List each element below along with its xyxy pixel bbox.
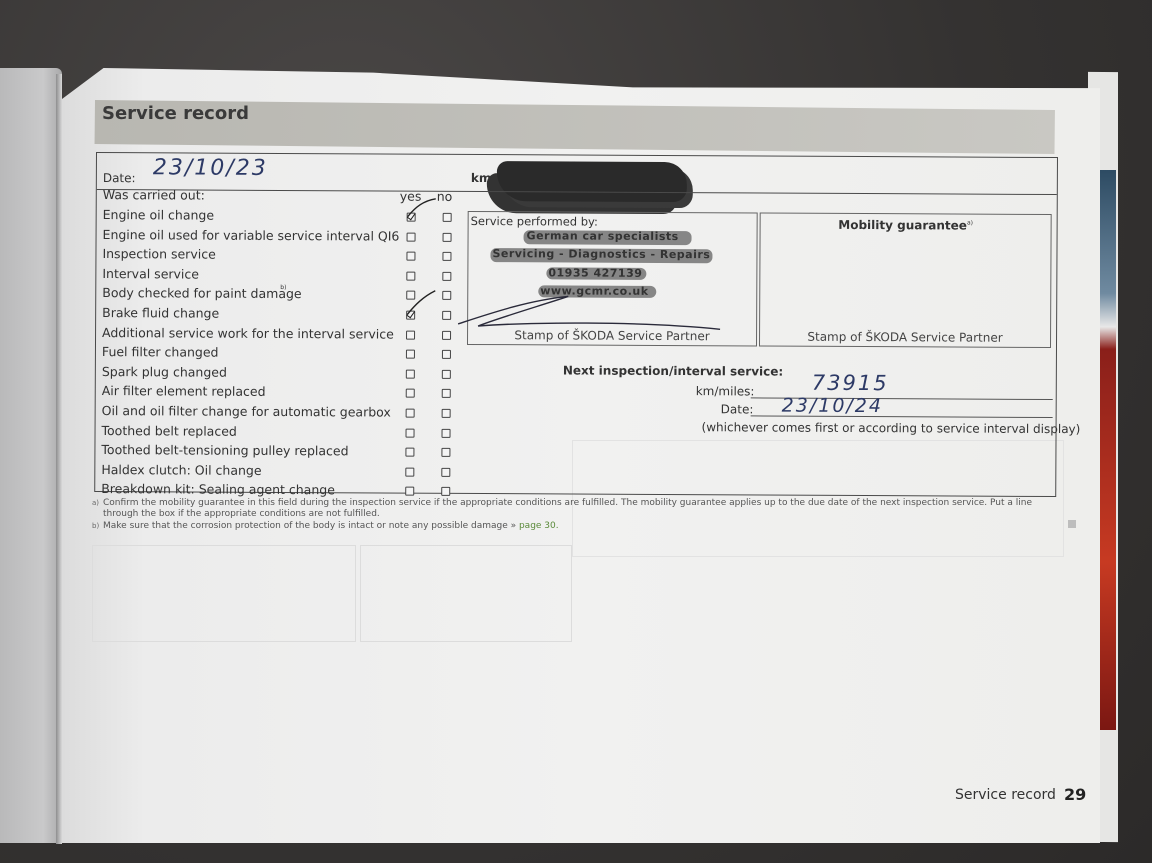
service-item-label: Fuel filter changed [102,344,219,360]
mobility-guarantee-box: Mobility guaranteea) Stamp of ŠKODA Serv… [759,212,1052,348]
service-item-label: Breakdown kit: Sealing agent change [101,481,335,497]
service-item-label: Additional service work for the interval… [102,325,394,342]
no-checkbox[interactable] [442,409,451,418]
no-checkbox[interactable] [441,448,450,457]
cover-edge [1100,170,1116,730]
service-stamp-box: Service performed by: German car special… [467,211,758,347]
yes-checkbox[interactable] [406,350,415,359]
page-marker [1068,520,1076,528]
stamp-line-3: 01935 427139 [548,266,642,279]
pen-check-strokes [401,197,462,337]
page-number: 29 [1064,785,1086,804]
service-item-row: Toothed belt replaced [101,421,471,442]
no-checkbox[interactable] [441,487,450,496]
yes-checkbox[interactable] [406,409,415,418]
yes-checkbox[interactable] [406,389,415,398]
no-checkbox[interactable] [442,428,451,437]
next-date-value[interactable]: 23/10/24 [782,395,883,418]
footnote-b: Make sure that the corrosion protection … [103,520,559,532]
show-through-box [360,545,572,642]
service-item-label: Toothed belt replaced [102,423,237,439]
service-item-label: Engine oil used for variable service int… [103,227,400,244]
carried-out-label: Was carried out: [103,187,205,203]
service-item-label: Interval service [102,266,199,282]
mobility-title-text: Mobility guarantee [838,218,967,233]
next-service-heading: Next inspection/interval service: [563,363,783,378]
date-label: Date: [103,171,136,185]
service-item-label: Inspection service [102,246,215,262]
service-item-row: Haldex clutch: Oil change [101,460,471,481]
page-title: Service record [102,103,249,124]
footnote-a-line2: through the box if the appropriate condi… [103,508,380,520]
service-item-row: Air filter element replaced [102,381,472,402]
footnote-b-mark: b) [92,520,99,532]
no-checkbox[interactable] [441,468,450,477]
service-performed-label: Service performed by: [471,214,598,229]
service-item-label: Brake fluid change [102,305,219,321]
left-page [0,68,62,843]
footnote-a-mark: a) [92,497,99,509]
next-km-value[interactable]: 73915 [812,371,889,395]
service-stamp-caption: Stamp of ŠKODA Service Partner [468,328,756,344]
show-through-box [92,545,356,642]
yes-checkbox[interactable] [406,428,415,437]
signature [458,292,728,333]
mobility-stamp-caption: Stamp of ŠKODA Service Partner [760,329,1050,345]
service-item-label: Oil and oil filter change for automatic … [102,403,391,420]
no-checkbox[interactable] [442,370,451,379]
date-underline [751,415,1053,418]
service-item-row: Spark plug changed [102,362,472,383]
service-item-label: Air filter element replaced [102,383,266,399]
yes-checkbox[interactable] [405,448,414,457]
next-service-note: (whichever comes first or according to s… [702,420,1081,436]
redacted-mileage [497,161,687,202]
yes-checkbox[interactable] [406,369,415,378]
yes-checkbox[interactable] [405,487,414,496]
service-item-row: Oil and oil filter change for automatic … [102,401,472,422]
stamp-line-1: German car specialists [527,229,679,243]
service-item-label: Toothed belt-tensioning pulley replaced [101,442,348,458]
yes-checkbox[interactable] [405,467,414,476]
service-item-label: Body checked for paint damage [102,285,301,301]
footer-section: Service record [955,787,1056,803]
stamp-line-2: Servicing - Diagnostics - Repairs [492,247,710,261]
service-item-label: Spark plug changed [102,364,227,380]
footnote-ref-a: a) [967,220,973,227]
footnote-b-text: Make sure that the corrosion protection … [103,521,519,531]
date-value[interactable]: 23/10/23 [153,155,268,181]
service-item-label: Haldex clutch: Oil change [101,462,261,478]
service-item-row: Toothed belt-tensioning pulley replaced [101,440,471,461]
mobility-guarantee-title: Mobility guaranteea) [761,217,1051,233]
no-checkbox[interactable] [442,350,451,359]
service-record-form: Date: 23/10/23 km/miles: Was carried out… [94,152,1058,497]
footnote-ref-b: b) [280,284,286,291]
booklet-spine [56,74,62,844]
next-date-label: Date: [721,402,754,416]
service-item-row: Fuel filter changed [102,342,472,363]
service-item-label: Engine oil change [103,207,214,223]
page-30-link[interactable]: page 30. [519,521,559,531]
next-km-label: km/miles: [696,384,755,398]
no-checkbox[interactable] [442,389,451,398]
